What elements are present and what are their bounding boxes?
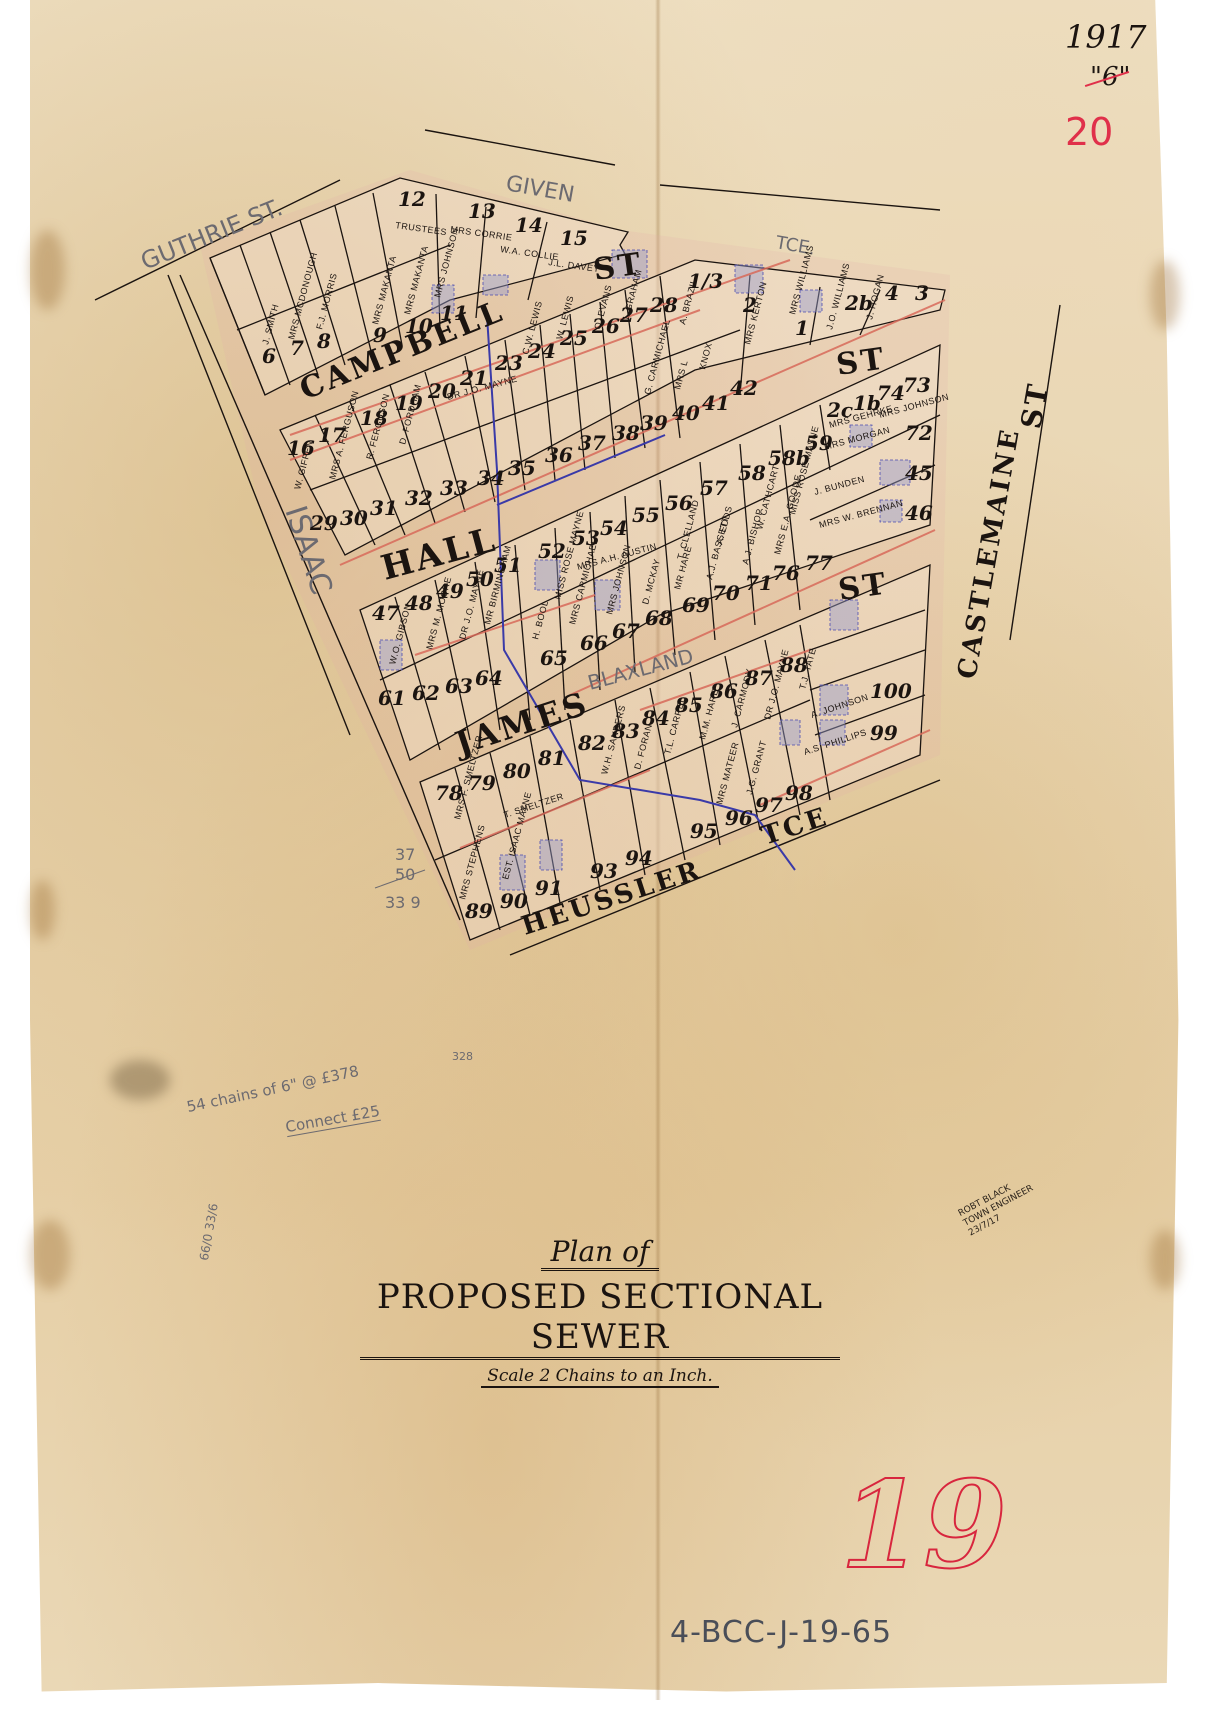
svg-text:39: 39: [640, 411, 668, 435]
title-main: PROPOSED SECTIONAL SEWER: [360, 1277, 840, 1360]
title-scale: Scale 2 Chains to an Inch.: [481, 1366, 719, 1388]
archive-reference-code: 4-BCC-J-19-65: [670, 1615, 892, 1650]
svg-text:4: 4: [885, 281, 899, 305]
lot-14: 14: [515, 213, 543, 237]
svg-text:63: 63: [445, 674, 473, 698]
lot-11: 11: [440, 301, 468, 325]
pencil-calc-top: 37: [395, 845, 415, 864]
sheet-number-red: 19: [840, 1455, 1007, 1596]
svg-text:30: 30: [340, 506, 368, 530]
svg-text:65: 65: [540, 646, 568, 670]
title-plan-of: Plan of: [541, 1235, 660, 1271]
lot-10: 10: [405, 314, 433, 338]
svg-text:38: 38: [612, 421, 640, 445]
svg-text:61: 61: [378, 686, 406, 710]
svg-text:77: 77: [805, 551, 833, 575]
svg-text:91: 91: [535, 876, 563, 900]
svg-text:69: 69: [682, 593, 710, 617]
lot-13: 13: [468, 199, 496, 223]
svg-text:100: 100: [870, 679, 912, 703]
street-castlemaine: CASTLEMAINE: [952, 425, 1026, 681]
svg-text:28: 28: [649, 293, 678, 317]
svg-text:35: 35: [508, 456, 536, 480]
street-castlemaine-st: ST: [1014, 379, 1055, 431]
svg-text:23: 23: [494, 351, 523, 375]
svg-text:62: 62: [412, 681, 440, 705]
svg-text:57: 57: [700, 476, 728, 500]
svg-text:47: 47: [372, 601, 400, 625]
lot-9: 9: [373, 323, 387, 347]
map-title-block: Plan of PROPOSED SECTIONAL SEWER Scale 2…: [360, 1235, 840, 1388]
svg-text:99: 99: [870, 721, 898, 745]
svg-text:1: 1: [795, 316, 809, 340]
svg-text:68: 68: [645, 606, 673, 630]
lot-15: 15: [560, 226, 588, 250]
svg-text:33: 33: [440, 476, 468, 500]
svg-text:74: 74: [877, 381, 905, 405]
street-campbell-st-east: ST: [834, 341, 888, 383]
svg-text:80: 80: [502, 759, 531, 783]
svg-text:37: 37: [578, 431, 606, 455]
svg-text:54: 54: [600, 516, 628, 540]
pencil-estimate-side: 328: [452, 1050, 473, 1063]
svg-text:42: 42: [730, 376, 758, 400]
svg-text:58: 58: [738, 461, 766, 485]
svg-text:66: 66: [580, 631, 608, 655]
corner-year: 1917: [1065, 18, 1146, 56]
svg-text:72: 72: [905, 421, 933, 445]
svg-text:3: 3: [915, 281, 929, 305]
svg-text:45: 45: [905, 461, 933, 485]
svg-text:36: 36: [545, 443, 573, 467]
svg-text:89: 89: [464, 899, 493, 923]
svg-text:64: 64: [475, 666, 503, 690]
svg-text:82: 82: [577, 731, 606, 755]
street-hall-st: ST: [836, 566, 890, 608]
svg-text:76: 76: [772, 561, 800, 585]
svg-text:81: 81: [537, 746, 566, 770]
svg-text:29: 29: [309, 511, 338, 535]
svg-text:98: 98: [785, 781, 813, 805]
pencil-calc-bottom: 33 9: [385, 893, 421, 912]
svg-text:32: 32: [405, 486, 433, 510]
lot-8: 8: [316, 329, 331, 353]
svg-text:70: 70: [712, 581, 740, 605]
svg-text:94: 94: [625, 846, 653, 870]
svg-text:90: 90: [500, 889, 528, 913]
corner-sheet-red: 20: [1065, 110, 1113, 154]
svg-text:46: 46: [905, 501, 933, 525]
svg-text:34: 34: [477, 466, 505, 490]
subdivision-map: GUTHRIE ST. GIVEN TCE. CAMPBELL ST ST HA…: [0, 0, 1219, 1718]
svg-text:31: 31: [370, 496, 398, 520]
lot-6: 6: [262, 344, 276, 368]
svg-text:73: 73: [903, 373, 931, 397]
lot-12: 12: [398, 187, 426, 211]
svg-text:67: 67: [612, 619, 640, 643]
svg-text:55: 55: [632, 503, 660, 527]
svg-text:96: 96: [725, 806, 753, 830]
svg-text:93: 93: [590, 859, 618, 883]
corner-sheet-struck: "6": [1090, 62, 1130, 92]
svg-text:41: 41: [702, 391, 730, 415]
svg-text:97: 97: [755, 793, 783, 817]
svg-text:95: 95: [690, 819, 718, 843]
svg-text:40: 40: [672, 401, 700, 425]
svg-text:71: 71: [745, 571, 773, 595]
